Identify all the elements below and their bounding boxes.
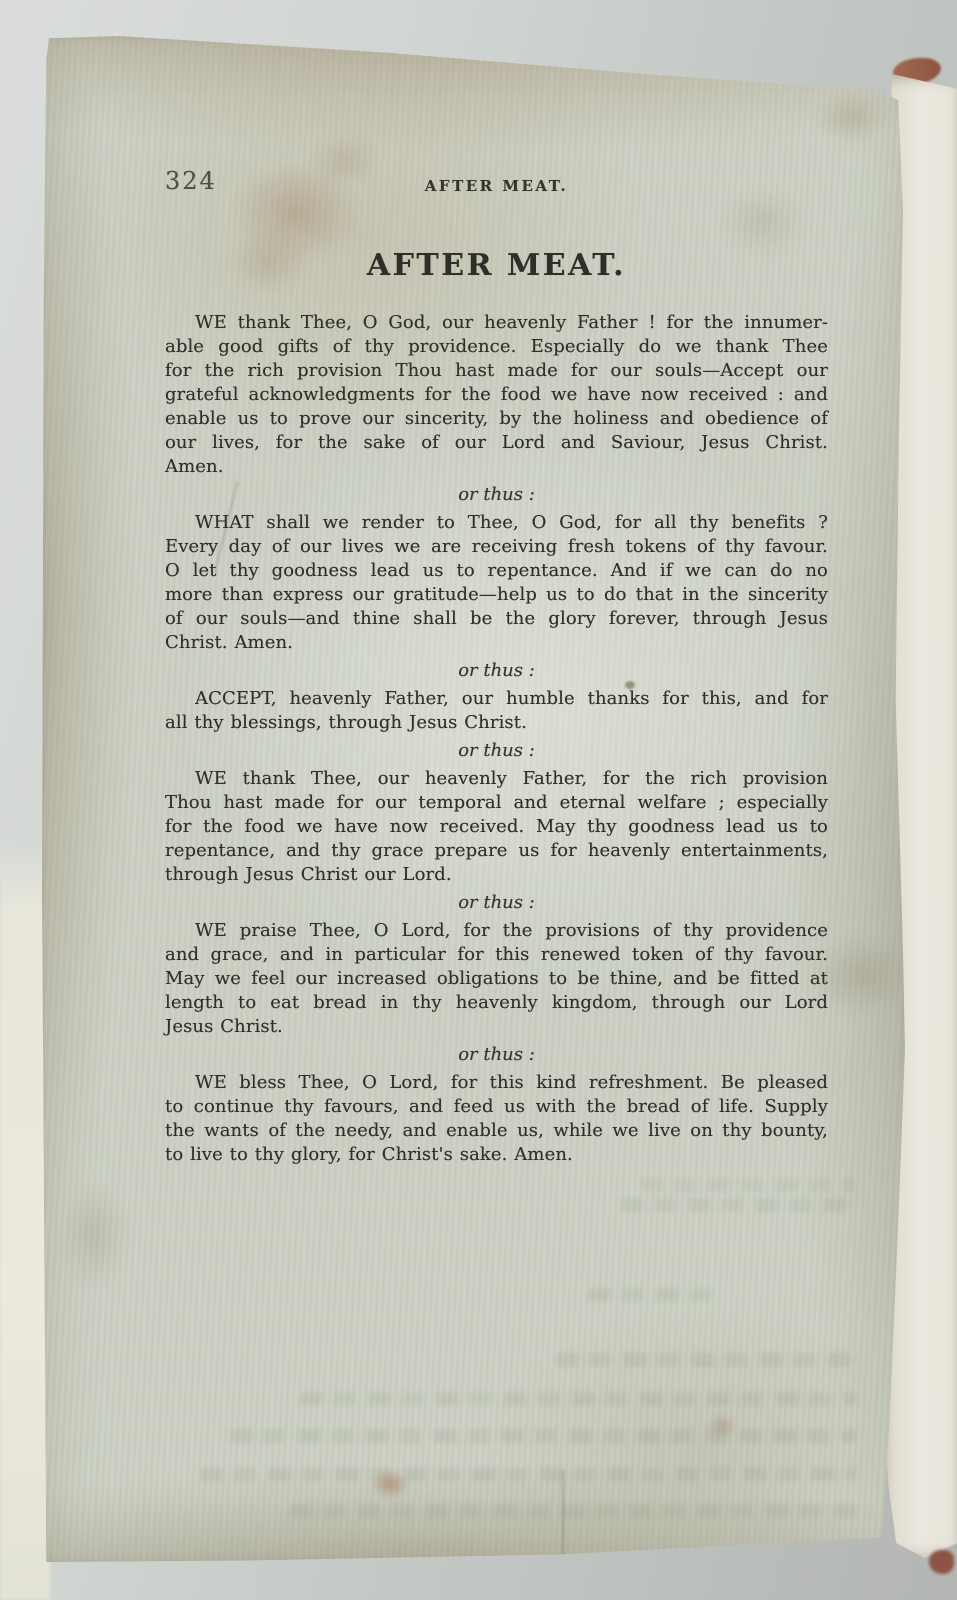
page-text-block: 324 AFTER MEAT. AFTER MEAT. WE thank The… bbox=[165, 167, 828, 1167]
book-page: 324 AFTER MEAT. AFTER MEAT. WE thank The… bbox=[0, 0, 957, 1600]
prayer-line: more than express our gratitude—help us … bbox=[165, 583, 828, 607]
or-thus-divider: or thus : bbox=[165, 739, 828, 763]
prayer-line: all thy blessings, through Jesus Christ. bbox=[165, 711, 828, 735]
or-thus-divider: or thus : bbox=[165, 483, 828, 507]
showthrough-text bbox=[290, 1504, 870, 1518]
prayer-line: for the rich provision Thou hast made fo… bbox=[165, 359, 828, 383]
prayer-line: repentance, and thy grace prepare us for… bbox=[165, 839, 828, 863]
or-thus-divider: or thus : bbox=[165, 1043, 828, 1067]
prayer-line: to live to thy glory, for Christ's sake.… bbox=[165, 1143, 828, 1167]
page-header: 324 AFTER MEAT. bbox=[165, 167, 828, 201]
prayer-line: the wants of the needy, and enable us, w… bbox=[165, 1119, 828, 1143]
prayer-line: of our souls—and thine shall be the glor… bbox=[165, 607, 828, 631]
prayer-line: Thou hast made for our temporal and eter… bbox=[165, 791, 828, 815]
foxing-spot bbox=[55, 1175, 135, 1295]
prayer-paragraph: ACCEPT, heavenly Father, our humble than… bbox=[165, 687, 828, 735]
prayer-line: enable us to prove our sincerity, by the… bbox=[165, 407, 828, 431]
showthrough-text bbox=[620, 1198, 855, 1212]
prayer-line: and grace, and in particular for this re… bbox=[165, 943, 828, 967]
prayer-line: WE thank Thee, O God, our heavenly Fathe… bbox=[165, 311, 828, 335]
prayer-line: for the food we have now received. May t… bbox=[165, 815, 828, 839]
foxing-spot bbox=[812, 88, 892, 148]
foxing-spot bbox=[706, 1411, 738, 1439]
prayer-line: Every day of our lives we are receiving … bbox=[165, 535, 828, 559]
prayer-line: Amen. bbox=[165, 455, 828, 479]
prayer-line: WE praise Thee, O Lord, for the provisio… bbox=[165, 919, 828, 943]
or-thus-divider: or thus : bbox=[165, 659, 828, 683]
showthrough-text bbox=[230, 1429, 856, 1443]
prayer-line: able good gifts of thy providence. Espec… bbox=[165, 335, 828, 359]
prayer-line: Christ. Amen. bbox=[165, 631, 828, 655]
prayer-paragraph: WE bless Thee, O Lord, for this kind ref… bbox=[165, 1071, 828, 1167]
prayer-paragraph: WE thank Thee, O God, our heavenly Fathe… bbox=[165, 311, 828, 479]
prayer-line: grateful acknowledgments for the food we… bbox=[165, 383, 828, 407]
showthrough-text bbox=[588, 1288, 713, 1302]
prayer-line: ACCEPT, heavenly Father, our humble than… bbox=[165, 687, 828, 711]
showthrough-text bbox=[300, 1392, 856, 1406]
prayer-line: WHAT shall we render to Thee, O God, for… bbox=[165, 511, 828, 535]
prayer-line: Jesus Christ. bbox=[165, 1015, 828, 1039]
prayer-paragraph: WE praise Thee, O Lord, for the provisio… bbox=[165, 919, 828, 1039]
running-head: AFTER MEAT. bbox=[165, 177, 828, 195]
prayer-line: length to eat bread in thy heavenly king… bbox=[165, 991, 828, 1015]
prayer-paragraph: WE thank Thee, our heavenly Father, for … bbox=[165, 767, 828, 887]
prayer-line: O let thy goodness lead us to repentance… bbox=[165, 559, 828, 583]
prayer-paragraph: WHAT shall we render to Thee, O God, for… bbox=[165, 511, 828, 655]
or-thus-divider: or thus : bbox=[165, 891, 828, 915]
photo-background: 324 AFTER MEAT. AFTER MEAT. WE thank The… bbox=[0, 0, 957, 1600]
prayer-line: through Jesus Christ our Lord. bbox=[165, 863, 828, 887]
showthrough-text bbox=[200, 1467, 856, 1481]
showthrough-text bbox=[556, 1353, 856, 1367]
prayer-line: WE thank Thee, our heavenly Father, for … bbox=[165, 767, 828, 791]
prayer-line: May we feel our increased obligations to… bbox=[165, 967, 828, 991]
page-title: AFTER MEAT. bbox=[165, 245, 828, 287]
showthrough-text bbox=[640, 1178, 855, 1192]
prayer-line: WE bless Thee, O Lord, for this kind ref… bbox=[165, 1071, 828, 1095]
paper-crease bbox=[562, 1470, 564, 1585]
prayer-line: to continue thy favours, and feed us wit… bbox=[165, 1095, 828, 1119]
prayers: WE thank Thee, O God, our heavenly Fathe… bbox=[165, 311, 828, 1167]
prayer-line: our lives, for the sake of our Lord and … bbox=[165, 431, 828, 455]
foxing-spot bbox=[368, 1466, 412, 1502]
